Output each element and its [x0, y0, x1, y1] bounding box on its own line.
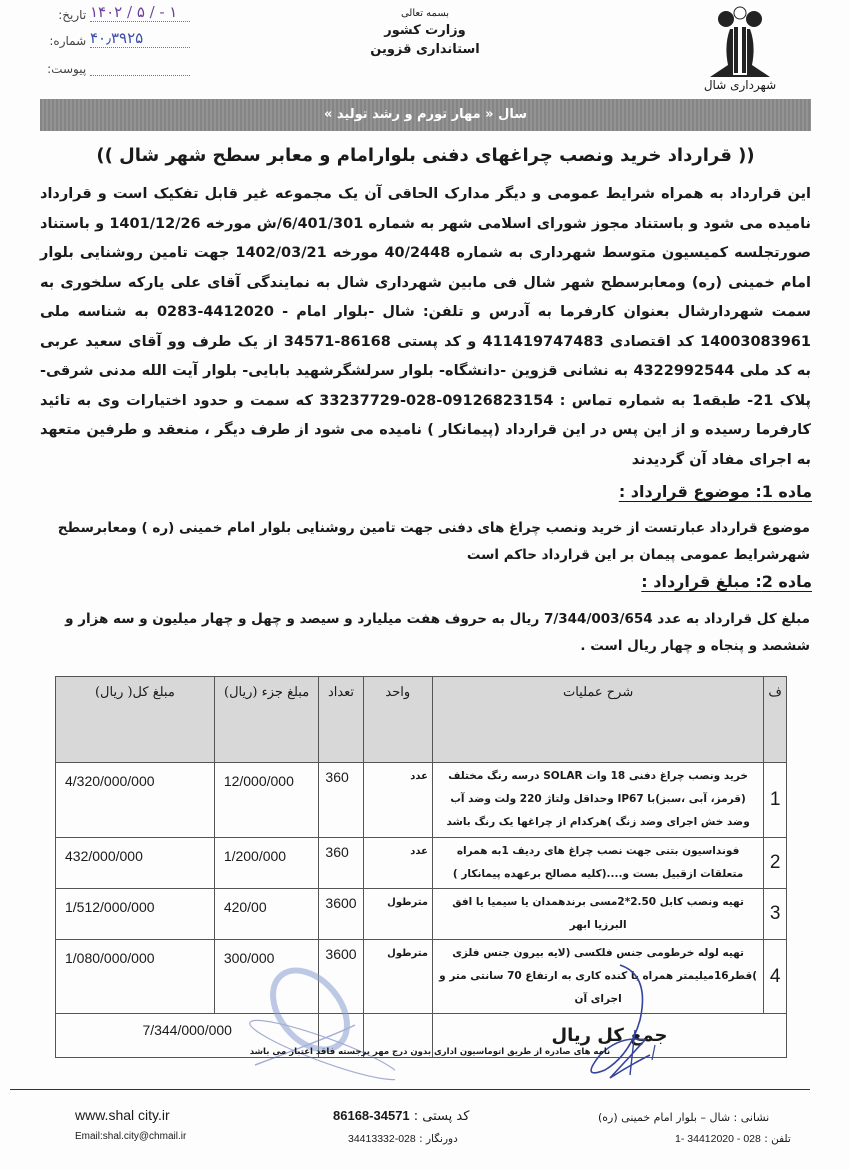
row-description: تهیه ونصب کابل 2.50*2مسی برندهمدان یا سی… [433, 889, 764, 940]
attachment-field: پیوست: [40, 62, 190, 76]
table-row: 3 تهیه ونصب کابل 2.50*2مسی برندهمدان یا … [56, 889, 787, 940]
article-1-text: موضوع قرارداد عبارتست از خرید ونصب چراغ … [40, 515, 810, 569]
row-total-price: 1/080/000/000 [56, 940, 215, 1014]
row-unit-price: 12/000/000 [214, 763, 319, 838]
signature-icon [560, 960, 680, 1090]
row-unit: مترطول [363, 889, 432, 940]
office-address: نشانی : شال – بلوار امام خمینی (ره) [598, 1111, 769, 1124]
date-value: ۱۴۰۲ / ۵ / - ۱ [90, 3, 177, 21]
article-1-heading: ماده 1: موضوع قرارداد : [619, 482, 812, 501]
number-label: شماره: [49, 34, 86, 48]
website-link[interactable]: www.shal city.ir [75, 1107, 170, 1123]
header-row-number: ف [764, 677, 787, 763]
year-slogan-banner: سال « مهار تورم و رشد تولید » [40, 99, 811, 131]
row-total-price: 432/000/000 [56, 838, 215, 889]
row-unit: عدد [363, 838, 432, 889]
article-2-text: مبلغ کل قرارداد به عدد 7/344/003/654 ریا… [40, 606, 810, 660]
embossed-stamp-icon [215, 955, 395, 1095]
ministry-name: وزارت کشور [340, 23, 510, 38]
official-heading: بسمه تعالی وزارت کشور استانداری قزوین [340, 8, 510, 57]
table-header-row: ف شرح عملیات واحد تعداد مبلغ جزء (ریال) … [56, 677, 787, 763]
row-unit-price: 420/00 [214, 889, 319, 940]
row-quantity: 3600 [319, 889, 363, 940]
row-total-price: 4/320/000/000 [56, 763, 215, 838]
row-unit: عدد [363, 763, 432, 838]
table-row: 1 خرید ونصب چراغ دفنی 18 وات SOLAR درسه … [56, 763, 787, 838]
row-number: 1 [764, 763, 787, 838]
row-unit-price: 1/200/000 [214, 838, 319, 889]
governorate-name: استانداری قزوین [340, 42, 510, 57]
email-link[interactable]: Email:shal.city@chmail.ir [75, 1131, 186, 1142]
number-value: ۴۰٫۳۹۲۵ [90, 29, 143, 47]
phone-value: 028 - 34412020 -1 [675, 1133, 761, 1145]
header-total-price: مبلغ کل( ریال) [56, 677, 215, 763]
contract-title: (( قرارداد خرید ونصب چراغهای دفنی بلوارا… [40, 145, 811, 166]
header-quantity: تعداد [319, 677, 363, 763]
fax-label: دورنگار : [419, 1133, 458, 1145]
table-row: 2 فونداسیون بتنی جهت نصب چراغ های ردیف 1… [56, 838, 787, 889]
row-quantity: 360 [319, 763, 363, 838]
postal-value: 34571-86168 [333, 1108, 410, 1123]
footer-divider [10, 1089, 810, 1090]
automation-validity-notice: نامه های صادره از طریق اتوماسیون اداری ب… [240, 1047, 620, 1057]
header-description: شرح عملیات [433, 677, 764, 763]
phone-label: تلفن : [764, 1133, 791, 1145]
bismillah: بسمه تعالی [340, 8, 510, 19]
row-quantity: 360 [319, 838, 363, 889]
article-2-heading: ماده 2: مبلغ قرارداد : [641, 572, 812, 591]
fax-value: 028-34413332 [348, 1133, 416, 1145]
header-unit: واحد [363, 677, 432, 763]
date-label: تاریخ: [58, 8, 86, 22]
office-phone: تلفن : 028 - 34412020 -1 [675, 1133, 791, 1145]
postal-label: کد پستی : [414, 1109, 470, 1124]
row-number: 2 [764, 838, 787, 889]
contract-intro-paragraph: این قرارداد به همراه شرایط عمومی و دیگر … [40, 180, 811, 475]
header-unit-price: مبلغ جزء (ریال) [214, 677, 319, 763]
row-total-price: 1/512/000/000 [56, 889, 215, 940]
row-description: فونداسیون بتنی جهت نصب چراغ های ردیف 1به… [433, 838, 764, 889]
postal-code: کد پستی : 34571-86168 [333, 1108, 469, 1124]
row-number: 4 [764, 940, 787, 1014]
fax-number: دورنگار : 028-34413332 [348, 1133, 458, 1145]
number-field: ۴۰٫۳۹۲۵ شماره: [40, 34, 190, 48]
row-description: خرید ونصب چراغ دفنی 18 وات SOLAR درسه رن… [433, 763, 764, 838]
logo-caption: شهرداری شال [700, 78, 780, 92]
row-number: 3 [764, 889, 787, 940]
attachment-label: پیوست: [47, 62, 86, 76]
date-field: ۱۴۰۲ / ۵ / - ۱ تاریخ: [40, 8, 190, 22]
